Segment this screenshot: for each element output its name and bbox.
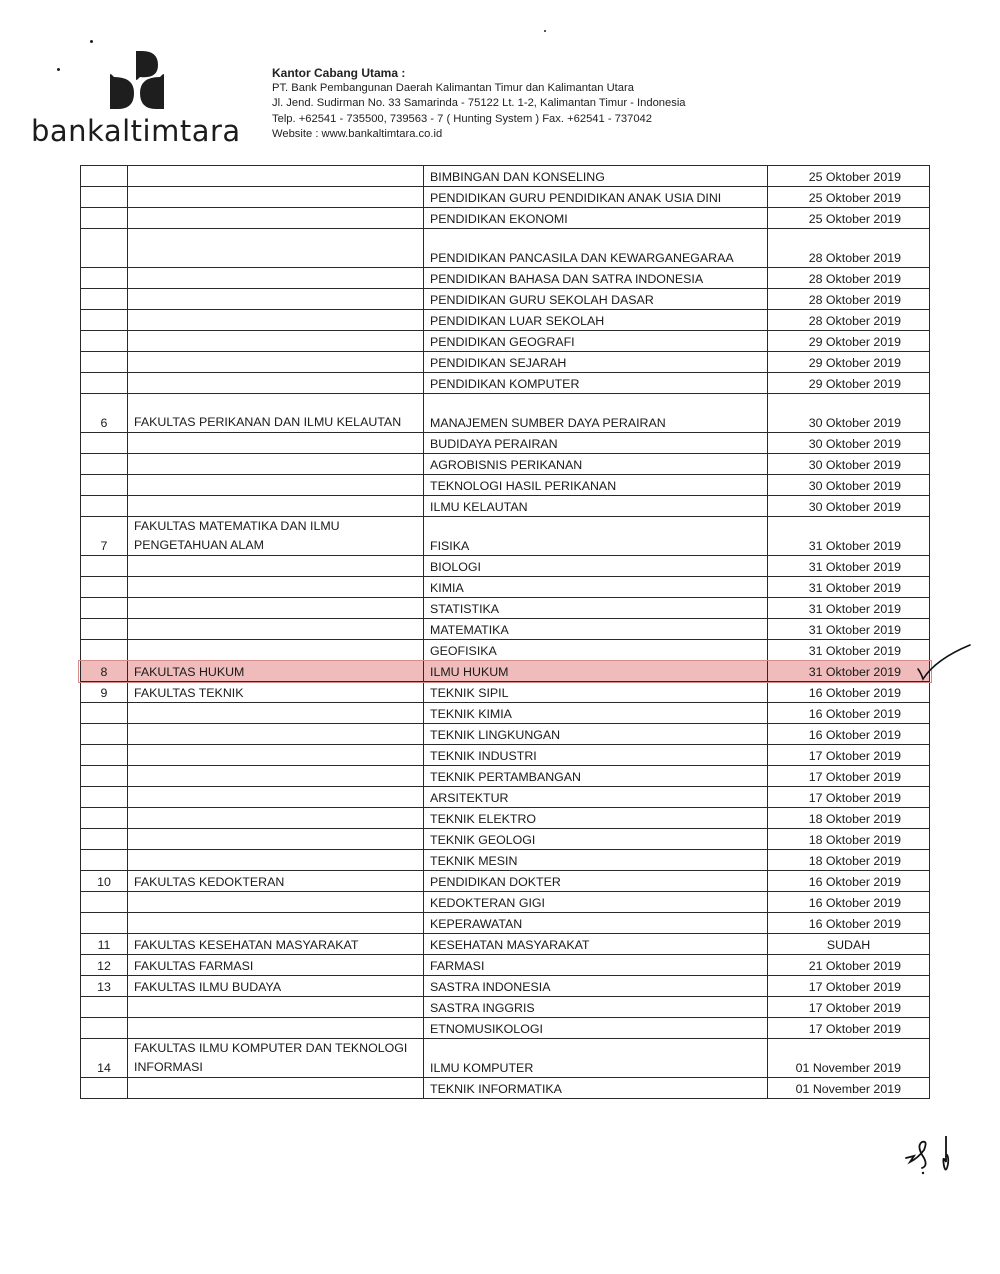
schedule-date: 31 Oktober 2019 (768, 577, 930, 598)
schedule-table: BIMBINGAN DAN KONSELING25 Oktober 2019PE… (80, 165, 930, 1099)
program-name: TEKNIK INFORMATIKA (424, 1078, 768, 1099)
table-row: KIMIA31 Oktober 2019 (81, 577, 930, 598)
schedule-date: 31 Oktober 2019 (768, 598, 930, 619)
faculty-name (128, 787, 424, 808)
faculty-name (128, 268, 424, 289)
office-title: Kantor Cabang Utama : (272, 66, 686, 81)
row-number (81, 703, 128, 724)
letterhead-company: PT. Bank Pembangunan Daerah Kalimantan T… (272, 81, 686, 96)
schedule-date: 18 Oktober 2019 (768, 850, 930, 871)
schedule-date: 25 Oktober 2019 (768, 187, 930, 208)
faculty-name (128, 166, 424, 187)
row-number (81, 373, 128, 394)
table-row: 12FAKULTAS FARMASIFARMASI21 Oktober 2019 (81, 955, 930, 976)
row-number (81, 331, 128, 352)
program-name: ETNOMUSIKOLOGI (424, 1018, 768, 1039)
row-number (81, 724, 128, 745)
schedule-date: 16 Oktober 2019 (768, 892, 930, 913)
schedule-date: 17 Oktober 2019 (768, 787, 930, 808)
schedule-date: 30 Oktober 2019 (768, 394, 930, 433)
table-row: 13FAKULTAS ILMU BUDAYASASTRA INDONESIA17… (81, 976, 930, 997)
scan-speck (90, 40, 93, 43)
faculty-name (128, 850, 424, 871)
bank-logo-icon (106, 51, 168, 111)
row-number (81, 619, 128, 640)
table-row: PENDIDIKAN GEOGRAFI29 Oktober 2019 (81, 331, 930, 352)
program-name: SASTRA INDONESIA (424, 976, 768, 997)
faculty-name (128, 556, 424, 577)
row-number (81, 577, 128, 598)
row-number: 13 (81, 976, 128, 997)
schedule-date: 01 November 2019 (768, 1039, 930, 1078)
faculty-name (128, 496, 424, 517)
faculty-name (128, 745, 424, 766)
row-number: 12 (81, 955, 128, 976)
faculty-name (128, 829, 424, 850)
faculty-name (128, 913, 424, 934)
row-number (81, 850, 128, 871)
faculty-name: FAKULTAS KESEHATAN MASYARAKAT (128, 934, 424, 955)
faculty-name (128, 766, 424, 787)
table-row: BIOLOGI31 Oktober 2019 (81, 556, 930, 577)
table-row: TEKNIK ELEKTRO18 Oktober 2019 (81, 808, 930, 829)
table-row: BUDIDAYA PERAIRAN30 Oktober 2019 (81, 433, 930, 454)
row-number (81, 433, 128, 454)
table-row: TEKNIK KIMIA16 Oktober 2019 (81, 703, 930, 724)
row-number (81, 268, 128, 289)
faculty-name (128, 1018, 424, 1039)
table-row: PENDIDIKAN EKONOMI25 Oktober 2019 (81, 208, 930, 229)
table-row: PENDIDIKAN SEJARAH29 Oktober 2019 (81, 352, 930, 373)
faculty-name (128, 454, 424, 475)
schedule-date: 29 Oktober 2019 (768, 352, 930, 373)
program-name: TEKNIK INDUSTRI (424, 745, 768, 766)
table-row: TEKNOLOGI HASIL PERIKANAN30 Oktober 2019 (81, 475, 930, 496)
program-name: MATEMATIKA (424, 619, 768, 640)
table-row: STATISTIKA31 Oktober 2019 (81, 598, 930, 619)
table-row: TEKNIK PERTAMBANGAN17 Oktober 2019 (81, 766, 930, 787)
schedule-table-body: BIMBINGAN DAN KONSELING25 Oktober 2019PE… (81, 166, 930, 1099)
row-number (81, 166, 128, 187)
row-number: 7 (81, 517, 128, 556)
row-number (81, 187, 128, 208)
faculty-name (128, 208, 424, 229)
row-number (81, 1018, 128, 1039)
faculty-name (128, 475, 424, 496)
row-number (81, 352, 128, 373)
table-row: 6FAKULTAS PERIKANAN DAN ILMU KELAUTANMAN… (81, 394, 930, 433)
schedule-date: 16 Oktober 2019 (768, 703, 930, 724)
schedule-date: 16 Oktober 2019 (768, 682, 930, 703)
table-row: 8FAKULTAS HUKUMILMU HUKUM31 Oktober 2019 (81, 661, 930, 682)
bank-logo: bankaltimtara (28, 48, 248, 148)
table-row: TEKNIK INDUSTRI17 Oktober 2019 (81, 745, 930, 766)
row-number (81, 556, 128, 577)
program-name: TEKNIK ELEKTRO (424, 808, 768, 829)
table-row: PENDIDIKAN GURU PENDIDIKAN ANAK USIA DIN… (81, 187, 930, 208)
program-name: KEPERAWATAN (424, 913, 768, 934)
letterhead-address: Jl. Jend. Sudirman No. 33 Samarinda - 75… (272, 96, 686, 111)
program-name: KIMIA (424, 577, 768, 598)
row-number (81, 766, 128, 787)
program-name: BUDIDAYA PERAIRAN (424, 433, 768, 454)
program-name: ILMU KOMPUTER (424, 1039, 768, 1078)
table-row: TEKNIK INFORMATIKA01 November 2019 (81, 1078, 930, 1099)
program-name: PENDIDIKAN BAHASA DAN SATRA INDONESIA (424, 268, 768, 289)
schedule-date: 30 Oktober 2019 (768, 496, 930, 517)
faculty-name (128, 619, 424, 640)
program-name: TEKNIK SIPIL (424, 682, 768, 703)
row-number: 10 (81, 871, 128, 892)
faculty-name (128, 229, 424, 268)
faculty-name: FAKULTAS HUKUM (128, 661, 424, 682)
row-number: 11 (81, 934, 128, 955)
table-row: PENDIDIKAN KOMPUTER29 Oktober 2019 (81, 373, 930, 394)
row-number (81, 1078, 128, 1099)
schedule-date: 17 Oktober 2019 (768, 976, 930, 997)
table-row: PENDIDIKAN GURU SEKOLAH DASAR28 Oktober … (81, 289, 930, 310)
row-number (81, 496, 128, 517)
faculty-name (128, 640, 424, 661)
letterhead: Kantor Cabang Utama : PT. Bank Pembangun… (272, 66, 686, 142)
faculty-name (128, 892, 424, 913)
table-row: GEOFISIKA31 Oktober 2019 (81, 640, 930, 661)
schedule-date: 31 Oktober 2019 (768, 556, 930, 577)
row-number (81, 208, 128, 229)
program-name: AGROBISNIS PERIKANAN (424, 454, 768, 475)
program-name: SASTRA INGGRIS (424, 997, 768, 1018)
table-row: TEKNIK LINGKUNGAN16 Oktober 2019 (81, 724, 930, 745)
schedule-date: 28 Oktober 2019 (768, 289, 930, 310)
faculty-name (128, 433, 424, 454)
schedule-date: 31 Oktober 2019 (768, 517, 930, 556)
letterhead-website: Website : www.bankaltimtara.co.id (272, 127, 686, 142)
program-name: BIOLOGI (424, 556, 768, 577)
row-number (81, 745, 128, 766)
schedule-date: 29 Oktober 2019 (768, 373, 930, 394)
faculty-name (128, 310, 424, 331)
faculty-name (128, 703, 424, 724)
table-row: SASTRA INGGRIS17 Oktober 2019 (81, 997, 930, 1018)
program-name: PENDIDIKAN EKONOMI (424, 208, 768, 229)
schedule-date: 25 Oktober 2019 (768, 166, 930, 187)
program-name: ARSITEKTUR (424, 787, 768, 808)
scan-speck (544, 30, 546, 32)
program-name: FISIKA (424, 517, 768, 556)
program-name: PENDIDIKAN GURU PENDIDIKAN ANAK USIA DIN… (424, 187, 768, 208)
faculty-name (128, 808, 424, 829)
schedule-date: 30 Oktober 2019 (768, 433, 930, 454)
table-row: PENDIDIKAN LUAR SEKOLAH28 Oktober 2019 (81, 310, 930, 331)
row-number (81, 475, 128, 496)
table-row: PENDIDIKAN PANCASILA DAN KEWARGANEGARAA2… (81, 229, 930, 268)
program-name: TEKNIK GEOLOGI (424, 829, 768, 850)
row-number (81, 598, 128, 619)
program-name: TEKNIK LINGKUNGAN (424, 724, 768, 745)
table-row: KEDOKTERAN GIGI16 Oktober 2019 (81, 892, 930, 913)
schedule-date: 30 Oktober 2019 (768, 475, 930, 496)
row-number (81, 997, 128, 1018)
schedule-date: 17 Oktober 2019 (768, 745, 930, 766)
program-name: TEKNIK PERTAMBANGAN (424, 766, 768, 787)
program-name: ILMU KELAUTAN (424, 496, 768, 517)
faculty-name: FAKULTAS MATEMATIKA DAN ILMU PENGETAHUAN… (128, 517, 424, 556)
table-row: TEKNIK GEOLOGI18 Oktober 2019 (81, 829, 930, 850)
faculty-name: FAKULTAS PERIKANAN DAN ILMU KELAUTAN (128, 394, 424, 433)
program-name: PENDIDIKAN LUAR SEKOLAH (424, 310, 768, 331)
signature-icon (904, 1136, 964, 1176)
faculty-name (128, 331, 424, 352)
program-name: TEKNIK MESIN (424, 850, 768, 871)
program-name: PENDIDIKAN KOMPUTER (424, 373, 768, 394)
faculty-name (128, 352, 424, 373)
schedule-date: 31 Oktober 2019 (768, 619, 930, 640)
table-row: PENDIDIKAN BAHASA DAN SATRA INDONESIA28 … (81, 268, 930, 289)
schedule-date: 17 Oktober 2019 (768, 1018, 930, 1039)
schedule-date: 17 Oktober 2019 (768, 997, 930, 1018)
faculty-name (128, 598, 424, 619)
row-number: 6 (81, 394, 128, 433)
schedule-date: 16 Oktober 2019 (768, 913, 930, 934)
letterhead-phone: Telp. +62541 - 735500, 739563 - 7 ( Hunt… (272, 112, 686, 127)
checkmark-icon (914, 643, 974, 683)
row-number (81, 808, 128, 829)
schedule-date: 29 Oktober 2019 (768, 331, 930, 352)
faculty-name (128, 1078, 424, 1099)
program-name: MANAJEMEN SUMBER DAYA PERAIRAN (424, 394, 768, 433)
table-row: 7FAKULTAS MATEMATIKA DAN ILMU PENGETAHUA… (81, 517, 930, 556)
schedule-date: 28 Oktober 2019 (768, 310, 930, 331)
bank-name: bankaltimtara (31, 114, 241, 148)
faculty-name: FAKULTAS ILMU BUDAYA (128, 976, 424, 997)
row-number: 8 (81, 661, 128, 682)
row-number (81, 229, 128, 268)
program-name: GEOFISIKA (424, 640, 768, 661)
row-number (81, 892, 128, 913)
table-row: ETNOMUSIKOLOGI17 Oktober 2019 (81, 1018, 930, 1039)
program-name: PENDIDIKAN DOKTER (424, 871, 768, 892)
schedule-date: 16 Oktober 2019 (768, 871, 930, 892)
table-row: AGROBISNIS PERIKANAN30 Oktober 2019 (81, 454, 930, 475)
program-name: ILMU HUKUM (424, 661, 768, 682)
program-name: PENDIDIKAN GURU SEKOLAH DASAR (424, 289, 768, 310)
row-number (81, 829, 128, 850)
faculty-name (128, 187, 424, 208)
faculty-name: FAKULTAS TEKNIK (128, 682, 424, 703)
row-number: 9 (81, 682, 128, 703)
schedule-date: 28 Oktober 2019 (768, 268, 930, 289)
table-row: ARSITEKTUR17 Oktober 2019 (81, 787, 930, 808)
schedule-date: 17 Oktober 2019 (768, 766, 930, 787)
table-row: MATEMATIKA31 Oktober 2019 (81, 619, 930, 640)
row-number (81, 454, 128, 475)
table-row: 9FAKULTAS TEKNIKTEKNIK SIPIL16 Oktober 2… (81, 682, 930, 703)
program-name: TEKNOLOGI HASIL PERIKANAN (424, 475, 768, 496)
faculty-name (128, 373, 424, 394)
faculty-name: FAKULTAS KEDOKTERAN (128, 871, 424, 892)
program-name: BIMBINGAN DAN KONSELING (424, 166, 768, 187)
program-name: PENDIDIKAN GEOGRAFI (424, 331, 768, 352)
table-row: ILMU KELAUTAN30 Oktober 2019 (81, 496, 930, 517)
schedule-date: 01 November 2019 (768, 1078, 930, 1099)
row-number (81, 787, 128, 808)
row-number (81, 640, 128, 661)
faculty-name (128, 724, 424, 745)
table-row: 11FAKULTAS KESEHATAN MASYARAKATKESEHATAN… (81, 934, 930, 955)
row-number: 14 (81, 1039, 128, 1078)
faculty-name (128, 577, 424, 598)
table-row: 10FAKULTAS KEDOKTERANPENDIDIKAN DOKTER16… (81, 871, 930, 892)
schedule-date: 31 Oktober 2019 (768, 640, 930, 661)
row-number (81, 289, 128, 310)
schedule-date: 25 Oktober 2019 (768, 208, 930, 229)
program-name: PENDIDIKAN SEJARAH (424, 352, 768, 373)
schedule-date: 28 Oktober 2019 (768, 229, 930, 268)
schedule-date: 18 Oktober 2019 (768, 808, 930, 829)
faculty-name (128, 289, 424, 310)
table-row: BIMBINGAN DAN KONSELING25 Oktober 2019 (81, 166, 930, 187)
program-name: PENDIDIKAN PANCASILA DAN KEWARGANEGARAA (424, 229, 768, 268)
schedule-date: 21 Oktober 2019 (768, 955, 930, 976)
program-name: KESEHATAN MASYARAKAT (424, 934, 768, 955)
faculty-name: FAKULTAS ILMU KOMPUTER DAN TEKNOLOGI INF… (128, 1039, 424, 1078)
program-name: KEDOKTERAN GIGI (424, 892, 768, 913)
table-row: TEKNIK MESIN18 Oktober 2019 (81, 850, 930, 871)
schedule-date: SUDAH (768, 934, 930, 955)
table-row: KEPERAWATAN16 Oktober 2019 (81, 913, 930, 934)
schedule-date: 16 Oktober 2019 (768, 724, 930, 745)
row-number (81, 913, 128, 934)
program-name: TEKNIK KIMIA (424, 703, 768, 724)
row-number (81, 310, 128, 331)
schedule-date: 31 Oktober 2019 (768, 661, 930, 682)
program-name: FARMASI (424, 955, 768, 976)
program-name: STATISTIKA (424, 598, 768, 619)
table-row: 14FAKULTAS ILMU KOMPUTER DAN TEKNOLOGI I… (81, 1039, 930, 1078)
faculty-name: FAKULTAS FARMASI (128, 955, 424, 976)
faculty-name (128, 997, 424, 1018)
schedule-date: 18 Oktober 2019 (768, 829, 930, 850)
schedule-date: 30 Oktober 2019 (768, 454, 930, 475)
